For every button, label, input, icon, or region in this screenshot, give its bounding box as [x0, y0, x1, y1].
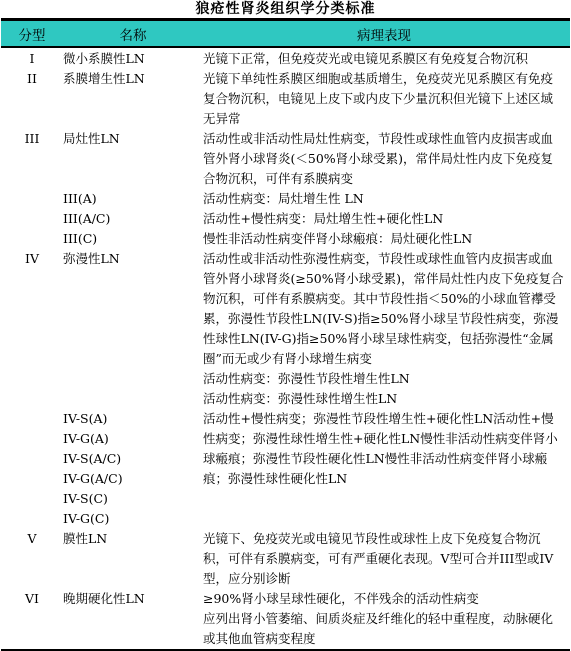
- row-pathology: 活动性病变：局灶增生性 LN: [203, 189, 570, 209]
- row-name-line: IV-G(A/C): [63, 469, 203, 489]
- row-type: V: [1, 529, 63, 549]
- row-name: III(C): [63, 229, 203, 249]
- table-row: III(C)慢性非活动性病变伴肾小球瘢痕：局灶硬化性LN: [1, 229, 570, 249]
- row-pathology: 光镜下单纯性系膜区细胞或基质增生，免疫荧光见系膜区有免疫复合物沉积，电镜见上皮下…: [203, 69, 570, 129]
- row-name-line: IV-G(A): [63, 429, 203, 449]
- table-row: III(A)活动性病变：局灶增生性 LN: [1, 189, 570, 209]
- row-name-line: 系膜增生性LN: [63, 69, 203, 89]
- header-cell-name: 名称: [63, 24, 203, 44]
- row-pathology: 活动性病变：弥漫性节段性增生性LN: [203, 369, 570, 389]
- row-name: 膜性LN: [63, 529, 203, 549]
- row-name-line: 微小系膜性LN: [63, 49, 203, 69]
- table-row: III局灶性LN活动性或非活动性局灶性病变，节段性或球性血管内皮损害或血管外肾小…: [1, 129, 570, 189]
- row-pathology: 活动性+慢性病变；弥漫性节段性增生性+硬化性LN活动性+慢性病变；弥漫性球性增生…: [203, 409, 570, 489]
- row-type: IV: [1, 249, 63, 269]
- header-cell-pathology: 病理表现: [203, 24, 570, 44]
- row-pathology: 活动性或非活动性局灶性病变，节段性或球性血管内皮损害或血管外肾小球肾炎(＜50%…: [203, 129, 570, 189]
- row-name: 微小系膜性LN: [63, 49, 203, 69]
- row-name: III(A/C): [63, 209, 203, 229]
- header-cell-type: 分型: [1, 24, 63, 44]
- table-row: II系膜增生性LN光镜下单纯性系膜区细胞或基质增生，免疫荧光见系膜区有免疫复合物…: [1, 69, 570, 129]
- row-name-line: IV-S(C): [63, 489, 203, 509]
- table-row: 活动性病变：弥漫性节段性增生性LN: [1, 369, 570, 389]
- row-name-line: III(A/C): [63, 209, 203, 229]
- row-pathology: 光镜下正常，但免疫荧光或电镜见系膜区有免疫复合物沉积: [203, 49, 570, 69]
- row-name: 弥漫性LN: [63, 249, 203, 269]
- row-name-line: 局灶性LN: [63, 129, 203, 149]
- table-row: 应列出肾小管萎缩、间质炎症及纤维化的轻中重程度，动脉硬化或其他血管病变程度: [1, 609, 570, 649]
- row-pathology: 光镜下、免疫荧光或电镜见节段性或球性上皮下免疫复合物沉积，可伴有系膜病变，可有严…: [203, 529, 570, 589]
- table-row: III(A/C)活动性+慢性病变：局灶增生性+硬化性LN: [1, 209, 570, 229]
- table-body: I微小系膜性LN光镜下正常，但免疫荧光或电镜见系膜区有免疫复合物沉积II系膜增生…: [1, 48, 570, 649]
- table-row: VI晚期硬化性LN≥90%肾小球呈球性硬化，不伴残余的活动性病变: [1, 589, 570, 609]
- row-pathology: ≥90%肾小球呈球性硬化，不伴残余的活动性病变: [203, 589, 570, 609]
- row-pathology: 慢性非活动性病变伴肾小球瘢痕：局灶硬化性LN: [203, 229, 570, 249]
- row-name-line: IV-S(A): [63, 409, 203, 429]
- table-row: V膜性LN光镜下、免疫荧光或电镜见节段性或球性上皮下免疫复合物沉积，可伴有系膜病…: [1, 529, 570, 589]
- row-name-line: 弥漫性LN: [63, 249, 203, 269]
- row-name-line: IV-S(A/C): [63, 449, 203, 469]
- row-name: IV-S(A)IV-G(A)IV-S(A/C)IV-G(A/C)IV-S(C)I…: [63, 409, 203, 529]
- row-type: I: [1, 49, 63, 69]
- table-row: I微小系膜性LN光镜下正常，但免疫荧光或电镜见系膜区有免疫复合物沉积: [1, 49, 570, 69]
- classification-table: 分型 名称 病理表现 I微小系膜性LN光镜下正常，但免疫荧光或电镜见系膜区有免疫…: [1, 18, 570, 651]
- row-pathology: 应列出肾小管萎缩、间质炎症及纤维化的轻中重程度，动脉硬化或其他血管病变程度: [203, 609, 570, 649]
- row-name: 系膜增生性LN: [63, 69, 203, 89]
- row-type: II: [1, 69, 63, 89]
- row-name-line: 膜性LN: [63, 529, 203, 549]
- table-row: IV-S(A)IV-G(A)IV-S(A/C)IV-G(A/C)IV-S(C)I…: [1, 409, 570, 529]
- row-pathology: 活动性+慢性病变：局灶增生性+硬化性LN: [203, 209, 570, 229]
- row-name: 晚期硬化性LN: [63, 589, 203, 609]
- row-type: III: [1, 129, 63, 149]
- table-header-row: 分型 名称 病理表现: [1, 21, 570, 48]
- table-row: IV弥漫性LN活动性或非活动性弥漫性病变，节段性或球性血管内皮损害或血管外肾小球…: [1, 249, 570, 369]
- classification-document: 狼疮性肾炎组织学分类标准 分型 名称 病理表现 I微小系膜性LN光镜下正常，但免…: [0, 0, 571, 651]
- row-type: VI: [1, 589, 63, 609]
- row-name-line: III(C): [63, 229, 203, 249]
- table-row: 活动性病变：弥漫性球性增生性LN: [1, 389, 570, 409]
- row-name: 局灶性LN: [63, 129, 203, 149]
- row-name: III(A): [63, 189, 203, 209]
- row-name-line: IV-G(C): [63, 509, 203, 529]
- row-pathology: 活动性或非活动性弥漫性病变，节段性或球性血管内皮损害或血管外肾小球肾炎(≥50%…: [203, 249, 570, 369]
- row-pathology: 活动性病变：弥漫性球性增生性LN: [203, 389, 570, 409]
- row-name-line: 晚期硬化性LN: [63, 589, 203, 609]
- page-title: 狼疮性肾炎组织学分类标准: [0, 0, 571, 18]
- row-name-line: III(A): [63, 189, 203, 209]
